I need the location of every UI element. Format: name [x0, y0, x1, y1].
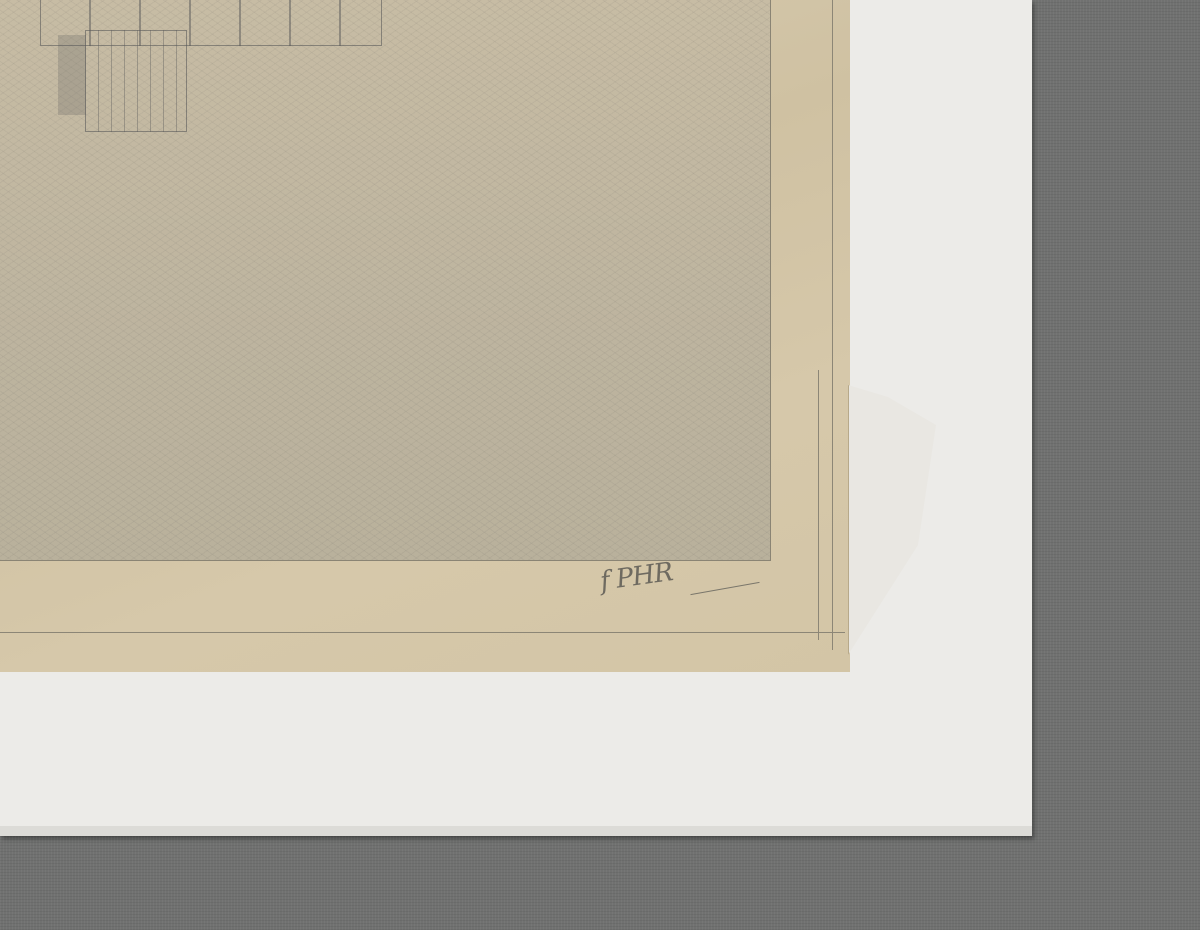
stair-sketch: [85, 30, 187, 132]
shaded-wall: [58, 35, 86, 115]
aged-paper-sheet: f PHR: [0, 0, 850, 672]
pencil-drawing-area: [0, 0, 771, 561]
mount-board-edge: [0, 826, 1032, 836]
frame-line-right-inner: [818, 370, 819, 640]
frame-line-right-outer: [832, 0, 833, 650]
artist-signature: f PHR: [598, 557, 674, 597]
frame-line-bottom: [0, 632, 845, 633]
signature-underline: [690, 582, 759, 595]
